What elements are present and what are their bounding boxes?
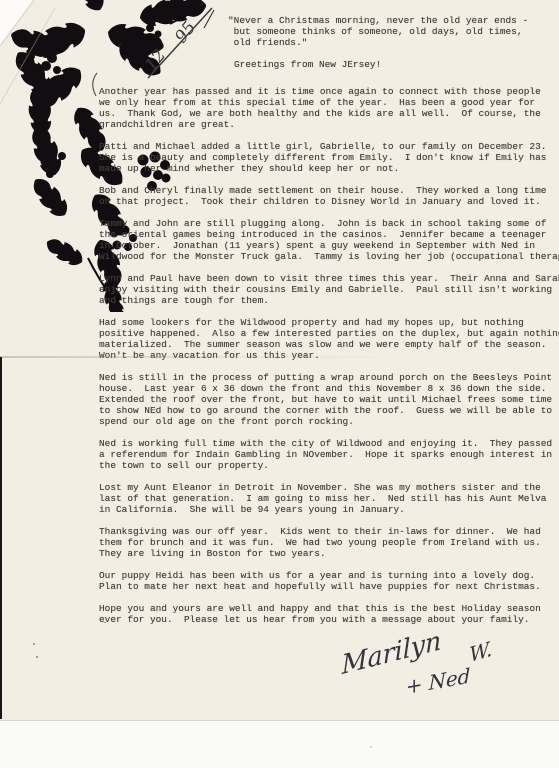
paper-speck	[33, 643, 35, 645]
letter-paragraph: Our puppy Heidi has been with us for a y…	[99, 570, 559, 592]
letter-paragraph: Tammy and John are still plugging along.…	[99, 218, 559, 262]
paper-speck	[370, 746, 372, 748]
letter-paragraph: Patti and Michael added a little girl, G…	[99, 141, 559, 174]
letter-greeting: Greetings from New JErsey!	[99, 59, 559, 70]
letter-body: "Never a Christmas morning, never the ol…	[99, 15, 559, 636]
letter-paragraph: Hope you and yours are well and happy an…	[99, 603, 559, 625]
letter-paragraph: Bob and Cheryl finally made settlement o…	[99, 185, 559, 207]
holly-leaf	[43, 234, 87, 270]
scan-edge-shadow	[0, 357, 2, 719]
fold-crease	[0, 356, 420, 358]
letter-paragraph: Thanksgiving was our off year. Kids went…	[99, 526, 559, 559]
opening-quote: "Never a Christmas morning, never the ol…	[99, 15, 559, 48]
letter-paper: 12 95 "Never a Christmas morning, never …	[0, 0, 559, 720]
signature-name-secondary: + Ned	[406, 664, 470, 700]
signature: Marilyn + Ned W.	[330, 636, 530, 706]
holly-leaf	[68, 0, 109, 15]
letter-paragraph: Another year has passed and it is time o…	[99, 86, 559, 130]
holly-leaf	[27, 173, 73, 222]
letter-paragraph: Ned is working full time with the city o…	[99, 438, 559, 471]
scanned-letter-screenshot: { "letter": { "handwritten_date_parts": …	[0, 0, 559, 768]
signature-flourish: W.	[469, 636, 493, 667]
letter-paragraph: Lost my Aunt Eleanor in Detroit in Novem…	[99, 482, 559, 515]
letter-paragraph: Ned is still in the process of putting a…	[99, 372, 559, 427]
scanner-background-strip	[0, 720, 559, 768]
letter-paragraph: Had some lookers for the Wildwood proper…	[99, 317, 559, 361]
paper-speck	[104, 622, 106, 623]
corner-crease	[0, 0, 70, 110]
paper-speck	[36, 656, 38, 658]
letter-paragraph: Lynn and Paul have been down to visit th…	[99, 273, 559, 306]
